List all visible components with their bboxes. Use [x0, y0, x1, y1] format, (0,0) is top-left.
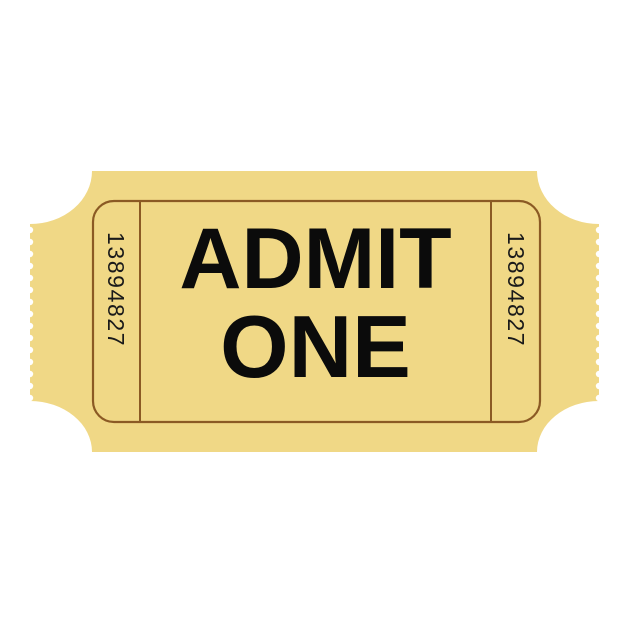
admit-label: ADMIT: [140, 216, 491, 302]
serial-number-left: 13894827: [104, 232, 127, 347]
one-label: ONE: [140, 303, 491, 391]
serial-number-right: 13894827: [504, 232, 527, 347]
